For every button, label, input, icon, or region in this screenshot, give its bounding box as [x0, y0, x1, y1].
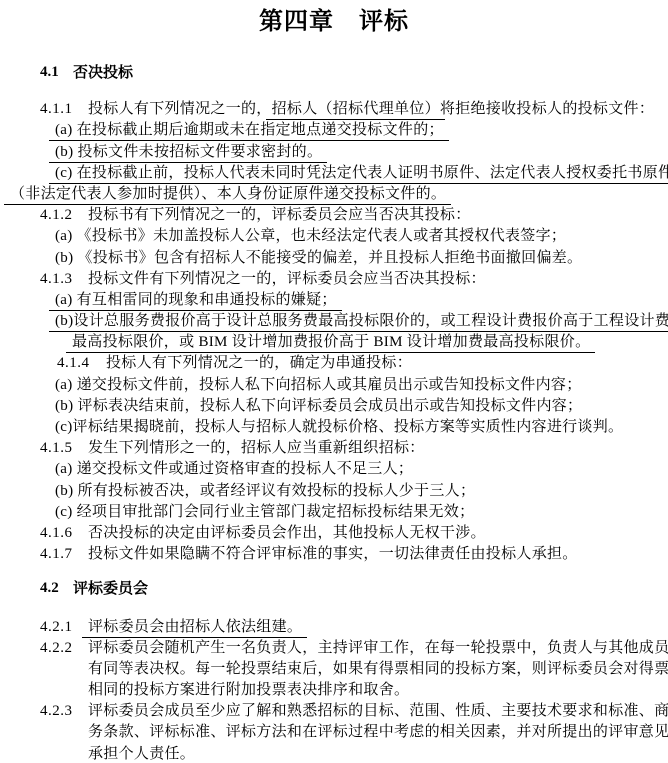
paragraph-line: (b) 所有投标被否决，或者经评议有效投标的投标人少于三人； — [0, 481, 668, 502]
text-run: 将拒绝接收投标人的投标文件： — [440, 101, 654, 117]
text-run: 投标人有下列情况之一的，确定为串通投标： — [106, 355, 412, 371]
paragraph-line: (b) 评标表决结束前，投标人私下向评标委员会成员出示或告知投标文件内容； — [0, 396, 668, 417]
paragraph-line: 4.1.3投标文件有下列情况之一的，评标委员会应当否决其投标： — [0, 269, 668, 290]
chapter-title: 第四章 评标 — [0, 0, 668, 37]
text-run: (b) 评标表决结束前，投标人私下向评标委员会成员出示或告知投标文件内容； — [55, 398, 582, 414]
paragraph-line: (c)评标结果揭晓前，投标人与招标人就投标价格、投标方案等实质性内容进行谈判。 — [0, 417, 668, 438]
text-run: 发生下列情形之一的，招标人应当重新组织招标： — [88, 440, 425, 456]
text-run: 评标委员会随机产生一名负责人，主持评审工作，在每一轮投票中，负责人与其他成员 — [88, 640, 668, 656]
clause-number: 4.1.7 — [40, 544, 73, 565]
text-run: 务条款、评标标准、评标方法和在评标过程中考虑的相关因素，并对所提出的评审意见 — [88, 724, 668, 740]
paragraph-line: 4.2.3评标委员会成员至少应了解和熟悉招标的目标、范围、性质、主要技术要求和标… — [0, 701, 668, 722]
section-number: 4.2 — [40, 578, 59, 599]
clause-number: 4.1.6 — [40, 523, 73, 544]
paragraph-line: (c) 经项目审批部门会同行业主管部门裁定招标投标结果无效； — [0, 502, 668, 523]
section-heading: 4.2评标委员会 — [0, 578, 668, 599]
underlined-text-run: 评标委员会由招标人依法组建。 — [82, 619, 307, 638]
paragraph-line: 4.1.7投标文件如果隐瞒不符合评审标准的事实，一切法律责任由投标人承担。 — [0, 544, 668, 565]
underlined-text-run: (b)设计总服务费报价高于设计总服务费最高投标限价的，或工程设计费报价高于工程设… — [49, 313, 668, 332]
section-heading-label: 评标委员会 — [73, 579, 148, 597]
text-run: 评标委员会成员至少应了解和熟悉招标的目标、范围、性质、主要技术要求和标准、商 — [88, 703, 668, 719]
paragraph-line: 承担个人责任。 — [0, 744, 668, 763]
paragraph-line: 最高投标限价，或 BIM 设计增加费报价高于 BIM 设计增加费最高投标限价。 — [0, 332, 668, 353]
paragraph-line: 4.2.1评标委员会由招标人依法组建。 — [0, 617, 668, 638]
text-run: (c) 经项目审批部门会同行业主管部门裁定招标投标结果无效； — [55, 504, 474, 520]
clause-number: 4.1.5 — [40, 438, 73, 459]
paragraph-line: 务条款、评标标准、评标方法和在评标过程中考虑的相关因素，并对所提出的评审意见 — [0, 722, 668, 743]
paragraph-line: (b) 投标文件未按招标文件要求密封的。 — [0, 142, 668, 163]
paragraph-line: 4.2.2评标委员会随机产生一名负责人，主持评审工作，在每一轮投票中，负责人与其… — [0, 638, 668, 659]
text-run: 承担个人责任。 — [88, 746, 195, 762]
clause-number: 4.1.3 — [40, 269, 73, 290]
clause-number: 4.1.1 — [40, 99, 73, 120]
text-run: (b) 所有投标被否决，或者经评议有效投标的投标人少于三人； — [55, 483, 475, 499]
clause-number: 4.2.3 — [40, 701, 73, 722]
paragraph-line: (a) 《投标书》未加盖投标人公章，也未经法定代表人或者其授权代表签字； — [0, 226, 668, 247]
paragraph-line: (a) 有互相雷同的现象和串通投标的嫌疑； — [0, 290, 668, 311]
underlined-text-run: （非法定代表人参加时提供）、本人身份证原件递交投标文件的。 — [4, 186, 451, 205]
clause-number: 4.2.1 — [40, 617, 73, 638]
section-heading: 4.1否决投标 — [0, 62, 668, 83]
paragraph-line: (b) 《投标书》包含有招标人不能接受的偏差，并且投标人拒绝书面撤回偏差。 — [0, 248, 668, 269]
document-page: 第四章 评标 4.1否决投标4.1.1投标人有下列情况之一的，招标人（招标代理单… — [0, 0, 668, 763]
text-run: (a) 递交投标文件前，投标人私下向招标人或其雇员出示或告知投标文件内容； — [55, 377, 582, 393]
text-run: 投标文件如果隐瞒不符合评审标准的事实，一切法律责任由投标人承担。 — [88, 546, 578, 562]
text-run: 相同的投标方案进行附加投票表决排序和取舍。 — [88, 682, 409, 698]
document-body: 4.1否决投标4.1.1投标人有下列情况之一的，招标人（招标代理单位）将拒绝接收… — [0, 62, 668, 763]
paragraph-line: 4.1.6否决投标的决定由评标委员会作出，其他投标人无权干涉。 — [0, 523, 668, 544]
paragraph-line: 有同等表决权。每一轮投票结束后，如果有得票相同的投标方案，则评标委员会对得票 — [0, 659, 668, 680]
text-run: (c)评标结果揭晓前，投标人与招标人就投标价格、投标方案等实质性内容进行谈判。 — [55, 419, 623, 435]
underlined-text-run: (a) 有互相雷同的现象和串通投标的嫌疑； — [49, 292, 342, 311]
text-run: (a) 《投标书》未加盖投标人公章，也未经法定代表人或者其授权代表签字； — [55, 228, 566, 244]
underlined-text-run: 最高投标限价，或 BIM 设计增加费报价高于 BIM 设计增加费最高投标限价。 — [66, 334, 595, 353]
paragraph-line: (a) 递交投标文件或通过资格审查的投标人不足三人； — [0, 459, 668, 480]
clause-number: 4.2.2 — [40, 638, 73, 659]
paragraph-line: 4.1.4投标人有下列情况之一的，确定为串通投标： — [0, 353, 668, 374]
clause-number: 4.1.2 — [40, 205, 73, 226]
section-number: 4.1 — [40, 62, 59, 83]
paragraph-line: 4.1.2投标书有下列情况之一的，评标委员会应当否决其投标： — [0, 205, 668, 226]
text-run: 投标人有下列情况之一的， — [88, 101, 272, 117]
paragraph-line: (c) 在投标截止前，投标人代表未同时凭法定代表人证明书原件、法定代表人授权委托… — [0, 163, 668, 184]
text-run: 有同等表决权。每一轮投票结束后，如果有得票相同的投标方案，则评标委员会对得票 — [88, 661, 668, 677]
underlined-text-run: 招标人（招标代理单位） — [266, 101, 445, 120]
paragraph-line: (a) 在投标截止期后逾期或未在指定地点递交投标文件的； — [0, 120, 668, 141]
text-run: (b) 《投标书》包含有招标人不能接受的偏差，并且投标人拒绝书面撤回偏差。 — [55, 250, 582, 266]
paragraph-line: 相同的投标方案进行附加投票表决排序和取舍。 — [0, 680, 668, 701]
paragraph-line: 4.1.5发生下列情形之一的，招标人应当重新组织招标： — [0, 438, 668, 459]
section-heading-label: 否决投标 — [73, 63, 133, 81]
clause-number: 4.1.4 — [57, 353, 90, 374]
underlined-text-run: (b) 投标文件未按招标文件要求密封的。 — [49, 144, 327, 163]
text-run: 否决投标的决定由评标委员会作出，其他投标人无权干涉。 — [88, 525, 486, 541]
underlined-text-run: (a) 在投标截止期后逾期或未在指定地点递交投标文件的； — [49, 122, 449, 141]
paragraph-line: (a) 递交投标文件前，投标人私下向招标人或其雇员出示或告知投标文件内容； — [0, 375, 668, 396]
underlined-text-run: (c) 在投标截止前，投标人代表未同时凭法定代表人证明书原件、法定代表人授权委托… — [49, 165, 668, 184]
paragraph-line: （非法定代表人参加时提供）、本人身份证原件递交投标文件的。 — [0, 184, 668, 205]
text-run: 投标文件有下列情况之一的，评标委员会应当否决其投标： — [88, 271, 486, 287]
text-run: (a) 递交投标文件或通过资格审查的投标人不足三人； — [55, 461, 413, 477]
paragraph-line: (b)设计总服务费报价高于设计总服务费最高投标限价的，或工程设计费报价高于工程设… — [0, 311, 668, 332]
text-run: 投标书有下列情况之一的，评标委员会应当否决其投标： — [88, 207, 471, 223]
paragraph-line: 4.1.1投标人有下列情况之一的，招标人（招标代理单位）将拒绝接收投标人的投标文… — [0, 99, 668, 120]
